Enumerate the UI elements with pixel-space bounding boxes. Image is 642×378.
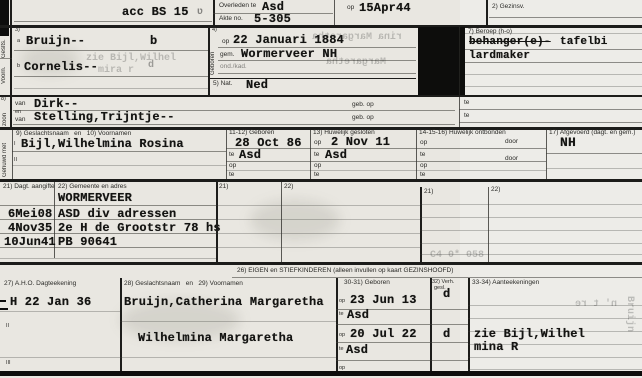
- pen-mark: ʋ: [197, 8, 203, 18]
- dagteekening-header: 27) A.H.O. Dagteekening: [4, 281, 76, 288]
- dagt-aangifte-header: 21) Dagt. aangifte: [3, 184, 55, 191]
- ontbonden-op-label: op: [420, 140, 427, 147]
- col21-header-b: 21): [424, 189, 433, 196]
- gehuwd-met-vertical-label: Gehuwd met: [2, 131, 8, 177]
- bleed-through-text: zie Bijl,Wilhel: [86, 54, 176, 64]
- rule-line: [310, 161, 416, 162]
- afgevoerd-value: NH: [560, 136, 576, 149]
- col22-header-a: 22): [284, 184, 293, 191]
- rule-line: [546, 168, 642, 169]
- geslachtsnaam-vertical-label: Geslts.: [1, 36, 7, 58]
- column-line: [281, 182, 282, 262]
- rule-line: [465, 62, 642, 63]
- column-line: [416, 130, 417, 179]
- rule-line: [226, 170, 310, 171]
- bleed-through-text: n' t re: [575, 300, 617, 310]
- rule-line: [0, 58, 12, 59]
- rule-line: [232, 277, 642, 278]
- children-section-header: 26) EIGEN en STIEFKINDEREN (alleen invul…: [237, 268, 453, 275]
- section-divider: [0, 25, 642, 28]
- child2-aant-line2: mina R: [474, 341, 518, 353]
- bleed-through-text: Margaretha: [326, 58, 386, 68]
- father-name: Dirk--: [34, 98, 78, 110]
- child1-geb-op: 23 Jun 13: [350, 294, 417, 306]
- row-a-label: a: [17, 39, 20, 45]
- scan-edge-mark: [0, 308, 8, 310]
- column-line: [216, 182, 218, 262]
- bleed-through-text: Bruijn: [624, 296, 634, 332]
- overleden-op-value: 15Apr44: [359, 2, 411, 14]
- bleed-through-text: rina Margaretha: [312, 33, 402, 43]
- geboren-sub-label: ond./kad.: [220, 64, 247, 71]
- rule-line: [420, 243, 642, 244]
- father-geb-op-label: geb. op: [352, 102, 374, 109]
- rule-line: [465, 86, 642, 87]
- column-line: [310, 130, 311, 179]
- door-label-2: door: [505, 156, 518, 163]
- rule-line: [420, 230, 642, 231]
- ontbonden-op2-label: op: [420, 163, 427, 170]
- rule-line: [468, 318, 642, 319]
- overleden-op-label: op: [347, 5, 354, 12]
- child2-geb-op-label: op: [339, 333, 345, 339]
- child1-geb-te-label: te: [339, 312, 344, 318]
- beroep-label: 7) Beroep (h-o): [468, 29, 512, 36]
- rule-line: [0, 311, 120, 312]
- rule-line: [218, 73, 416, 74]
- column-line: [459, 27, 460, 128]
- redaction-box: [418, 27, 465, 97]
- rule-line: [420, 217, 642, 218]
- rule-line: [0, 357, 336, 358]
- geboren-op-empty-label: op: [229, 163, 236, 170]
- section3-number: 3): [15, 28, 20, 34]
- rule-line: [208, 78, 416, 79]
- child1-verh: d: [443, 288, 450, 300]
- col22-header-b: 22): [491, 187, 500, 194]
- address-row-0: WORMERVEER: [58, 192, 132, 204]
- column-line: [488, 187, 489, 262]
- column-line: [486, 0, 488, 26]
- rule-line: [459, 109, 642, 110]
- aanteekeningen-header: 33-34) Aanteekeningen: [472, 280, 539, 287]
- en-label: en: [15, 110, 21, 116]
- section-divider: [0, 179, 642, 182]
- rule-line: [310, 170, 416, 171]
- rule-line: [14, 76, 208, 77]
- rule-line: [336, 360, 468, 361]
- scan-edge-mark: [0, 0, 9, 36]
- rule-line: [14, 50, 208, 51]
- child2-geb-te-label: te: [339, 347, 344, 353]
- gemeente-adres-header: 22) Gemeente en adres: [58, 184, 127, 191]
- rule-line: [416, 170, 546, 171]
- overleden-label: Overleden te: [219, 3, 256, 10]
- rule-line: [336, 324, 468, 325]
- ontbonden-header: 14-15-16) Huwelijk ontbonden: [419, 130, 506, 137]
- huwelijk-te-value: Asd: [325, 149, 347, 161]
- akte-label: Akte no.: [219, 16, 243, 23]
- child2-geb-te: Asd: [346, 344, 368, 356]
- rule-line: [416, 161, 546, 162]
- ontbonden-te2-label: te: [420, 172, 425, 179]
- section8-number: 8): [1, 97, 6, 103]
- huwelijk-op-label: op: [314, 140, 321, 147]
- ontbonden-te-label: te: [420, 152, 425, 159]
- surname-value: Bruijn--: [26, 35, 85, 47]
- spouse-name: Bijl,Wilhelmina Rosina: [21, 138, 184, 150]
- gezinsv-label: 2) Gezinsv.: [492, 4, 524, 11]
- child2-verh: d: [443, 328, 450, 340]
- rule-line: [12, 165, 226, 166]
- column-line: [546, 130, 547, 179]
- nationality-value: Ned: [246, 79, 268, 91]
- column-line: [334, 0, 335, 26]
- zoon-vertical-label: zoon: [2, 104, 8, 126]
- spouse-geboren-te: Asd: [239, 149, 261, 161]
- voornamen-vertical-label: Voorn.: [1, 62, 7, 84]
- surname-mark: b: [150, 35, 157, 47]
- marriage-row1-marker: I: [14, 142, 16, 148]
- column-line: [226, 130, 227, 179]
- rule-line: [216, 205, 420, 206]
- beroep-struck-value: behanger(e)-: [469, 37, 551, 48]
- rule-line: [416, 148, 546, 149]
- rule-line: [226, 161, 310, 162]
- bleed-through-text: C4 0* 058: [430, 251, 484, 261]
- bleed-through-text: mira r: [98, 66, 134, 76]
- beroep-value-line2: lardmaker: [469, 51, 530, 62]
- rule-line: [0, 258, 216, 259]
- rule-line: [0, 247, 216, 248]
- child1-dagtekening: H 22 Jan 36: [10, 296, 91, 308]
- rule-line: [0, 233, 216, 234]
- spouse-geboren-te-label: te: [229, 152, 234, 159]
- scan-edge-mark: [0, 300, 6, 302]
- van-label: van: [15, 101, 25, 108]
- rule-line: [218, 60, 416, 61]
- child2-aant-line1: zie Bijl,Wilhel: [474, 328, 585, 340]
- child1-geb-op-label: op: [339, 299, 345, 305]
- child1-name: Bruijn,Catherina Margaretha: [124, 296, 324, 308]
- geboren-gem-value: Wormerveer NH: [241, 48, 337, 60]
- section-divider: [0, 262, 642, 265]
- rule-line: [546, 153, 642, 154]
- geboren-te-empty-label: te: [229, 172, 234, 179]
- col21-header-a: 21): [219, 184, 228, 191]
- rule-line: [420, 204, 642, 205]
- marriage-row2-marker: II: [14, 158, 17, 164]
- mother-geb-op-label: geb. op: [352, 115, 374, 122]
- rule-line: [14, 88, 208, 89]
- child2-row-marker: II: [6, 324, 9, 330]
- beroep-value-line1: tafelbi: [560, 37, 608, 48]
- card-border-left: [10, 0, 12, 130]
- child2-name: Wilhelmina Margaretha: [138, 332, 293, 344]
- rule-line: [14, 21, 212, 22]
- rule-line: [468, 357, 642, 358]
- akte-value: 5-305: [254, 13, 291, 25]
- child2-geb-op: 20 Jul 22: [350, 328, 417, 340]
- rule-line: [489, 17, 642, 18]
- huwelijk-op-empty-label: op: [314, 163, 321, 170]
- smudge: [250, 200, 340, 240]
- child3-row-marker: III: [6, 361, 11, 367]
- huwelijk-te-empty-label: te: [314, 172, 319, 179]
- children-geboren-header: 30-31) Geboren: [344, 280, 390, 287]
- huwelijk-op-value: 2 Nov 11: [331, 136, 390, 148]
- acc-annotation: acc BS 15: [122, 6, 189, 18]
- rule-line: [468, 344, 642, 345]
- column-line: [420, 187, 422, 262]
- section-divider: [0, 95, 642, 97]
- huwelijk-te-label: te: [314, 152, 319, 159]
- mother-name: Stelling,Trijntje--: [34, 111, 175, 123]
- child1-geb-te: Asd: [347, 309, 369, 321]
- door-label-1: door: [505, 139, 518, 146]
- geboren-op-label: op: [222, 39, 229, 46]
- row-b-label: b: [17, 64, 20, 70]
- van-label-2: van: [15, 117, 25, 124]
- geboren-vertical-label: Geboren: [210, 33, 216, 75]
- children-naam-header: 28) Geslachtsnaam en 29) Voornamen: [124, 281, 243, 288]
- rule-line: [216, 233, 420, 234]
- rule-line: [216, 219, 420, 220]
- rule-line: [13, 124, 455, 125]
- rule-line: [459, 122, 642, 123]
- rule-line: [12, 151, 226, 152]
- card-border-bottom: [0, 371, 642, 376]
- mother-geb-te-label: te: [464, 113, 469, 120]
- rule-line: [216, 247, 420, 248]
- rule-line: [120, 321, 336, 322]
- rule-line: [468, 369, 642, 370]
- rule-line: [465, 74, 642, 75]
- nationality-label: 5) Nat.: [213, 81, 233, 88]
- father-geb-te-label: te: [464, 100, 469, 107]
- rule-line: [0, 219, 216, 220]
- geboren-gem-label: gem.: [220, 52, 234, 59]
- rule-line: [0, 205, 216, 206]
- genealogy-record-card-scan: acc BS 15 ʋ Overleden te Asd Akte no. 5-…: [0, 0, 642, 378]
- column-line: [12, 130, 13, 179]
